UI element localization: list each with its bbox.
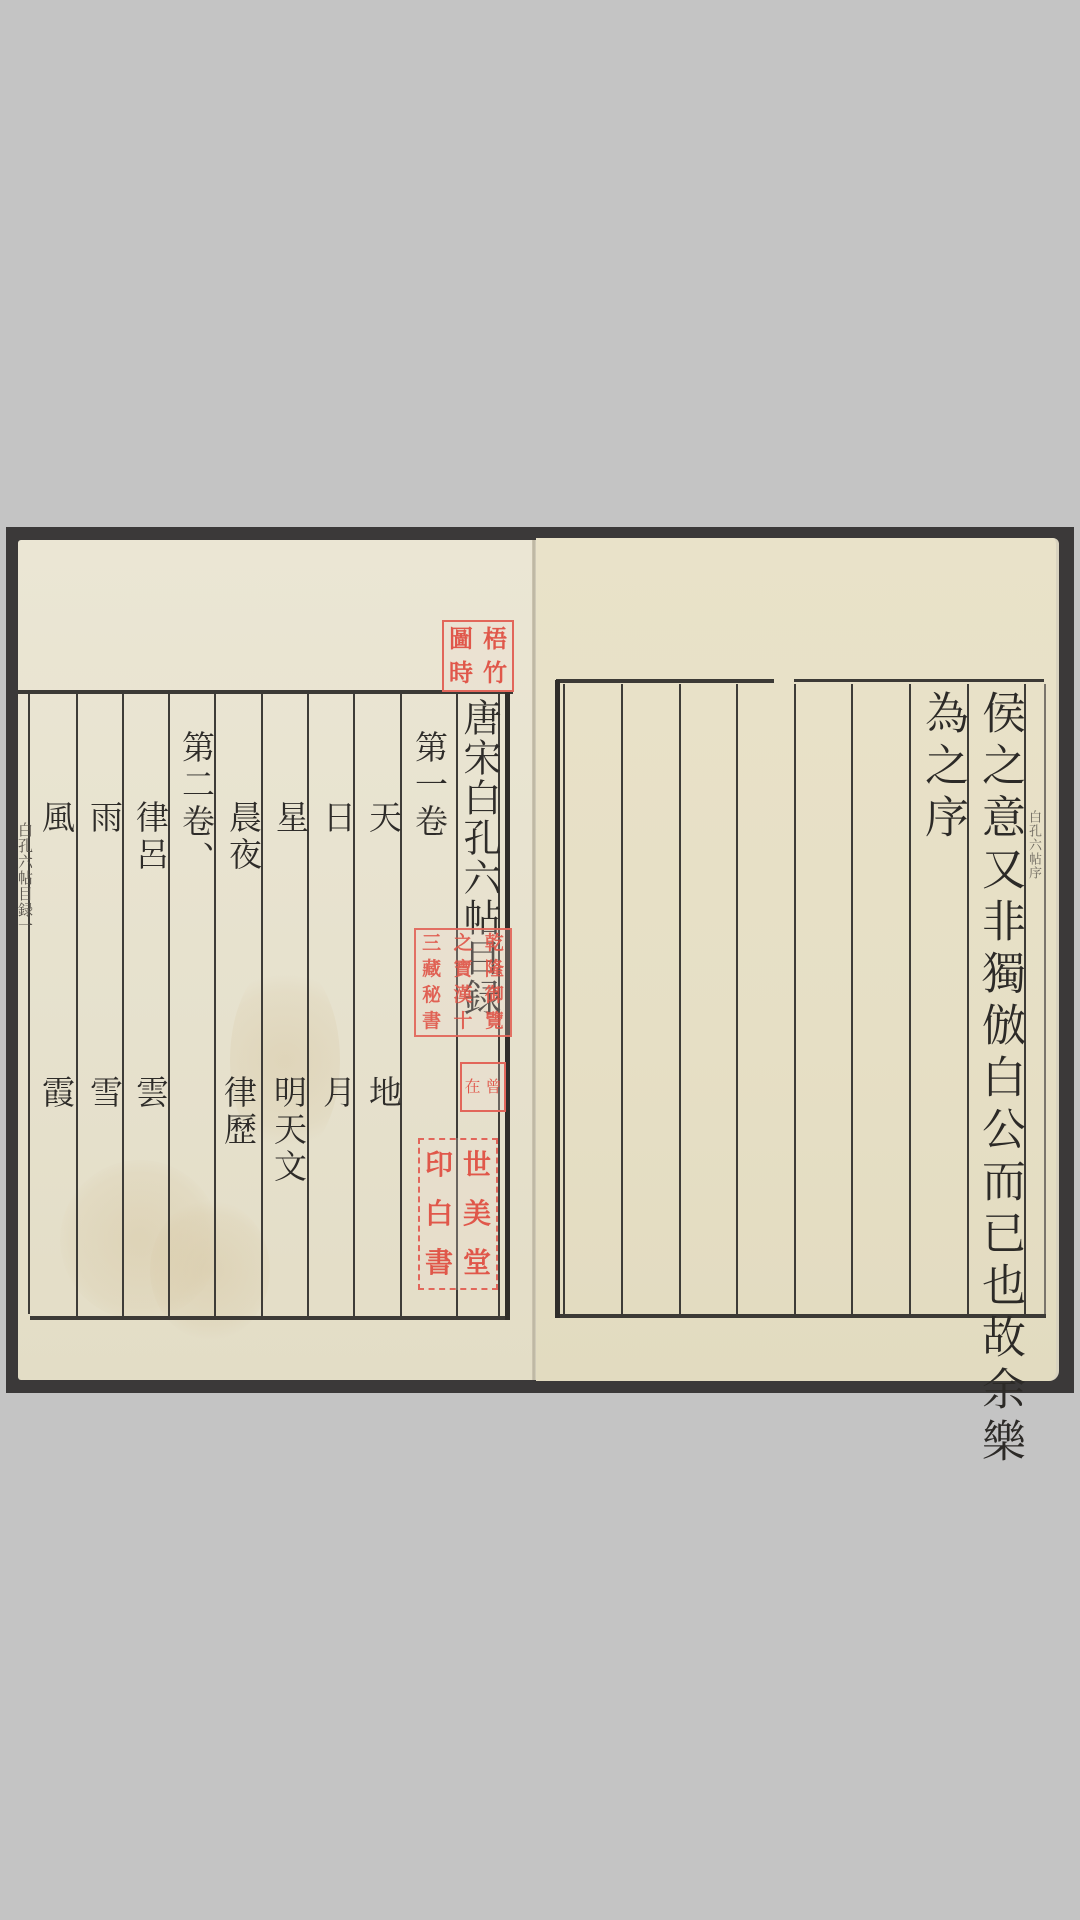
seal-char: 世 (458, 1140, 496, 1189)
column-rule (794, 684, 796, 1314)
column-rule (679, 684, 681, 1316)
seal-char: 秘 (416, 983, 447, 1009)
column-rule (563, 684, 565, 1314)
seal-char: 寶 (447, 956, 478, 982)
toc-entry: 地 (367, 1075, 400, 1112)
seal-char: 時 (444, 656, 478, 690)
column-rule (909, 684, 911, 1314)
toc-entry: 月 (321, 1075, 354, 1112)
seal-char: 乾 (479, 930, 510, 956)
preface-text-column: 為之序 (920, 690, 964, 846)
seal-char: 印 (420, 1140, 458, 1189)
left-frame-bottom (30, 1316, 510, 1320)
right-frame-bottom (556, 1314, 1046, 1318)
seal-char: 美 (458, 1189, 496, 1238)
fore-edge-label: 白孔六帖序 (1027, 810, 1040, 880)
column-rule (353, 694, 355, 1316)
seal-char: 覽 (479, 1009, 510, 1035)
column-rule (168, 694, 170, 1316)
toc-entry: 天 (367, 800, 400, 837)
right-frame-left-border (555, 680, 560, 1318)
seal-char: 書 (416, 1009, 447, 1035)
column-rule (400, 694, 402, 1316)
column-rule (261, 694, 263, 1316)
seal-char: 漢 (447, 983, 478, 1009)
bottom-seal: 印 世 白 美 書 堂 (418, 1138, 498, 1290)
column-rule (1044, 684, 1046, 1314)
column-rule (307, 694, 309, 1316)
small-seal: 在 曾 (460, 1062, 506, 1112)
seal-char: 在 (462, 1064, 483, 1110)
seal-char: 竹 (478, 656, 512, 690)
seal-char: 十 (447, 1009, 478, 1035)
fore-edge-label: 白孔六帖目録一 (17, 822, 32, 934)
preface-text-column: 侯之意又非獨倣白公而已也故余樂 (977, 690, 1021, 1470)
left-frame-top (18, 690, 513, 694)
seal-char: 白 (420, 1189, 458, 1238)
collection-seal: 三 之 乾 藏 寶 隆 秘 漢 御 書 十 覽 (414, 928, 512, 1037)
toc-entry: 律歷 (222, 1075, 255, 1149)
seal-char: 隆 (479, 956, 510, 982)
column-rule (736, 684, 738, 1314)
toc-entry: 霞 (40, 1075, 73, 1112)
toc-entry: 雨 (88, 800, 121, 837)
column-rule (28, 694, 30, 1314)
volume-heading-2: 第二卷、 (180, 730, 213, 878)
toc-entry: 雲 (134, 1075, 167, 1112)
right-frame-top (794, 679, 1044, 682)
seal-char: 書 (420, 1239, 458, 1288)
seal-char: 御 (479, 983, 510, 1009)
seal-char: 圖 (444, 622, 478, 656)
column-rule (122, 694, 124, 1316)
toc-entry: 明天文 (272, 1075, 305, 1186)
seal-char: 三 (416, 930, 447, 956)
toc-entry: 風 (40, 800, 73, 837)
toc-entry: 雪 (88, 1075, 121, 1112)
toc-entry: 晨夜 (227, 800, 260, 874)
column-rule (76, 694, 78, 1316)
seal-char: 藏 (416, 956, 447, 982)
column-rule (851, 684, 853, 1314)
toc-entry: 星 (274, 800, 307, 837)
column-rule (621, 684, 623, 1314)
seal-char: 梧 (478, 622, 512, 656)
toc-entry: 律呂 (134, 800, 167, 874)
seal-char: 堂 (458, 1239, 496, 1288)
volume-heading-1: 第一卷 (413, 730, 446, 841)
seal-char: 曾 (483, 1064, 504, 1110)
top-seal: 圖 梧 時 竹 (442, 620, 514, 692)
toc-entry: 日 (321, 800, 354, 837)
right-frame-top (556, 679, 774, 683)
seal-char: 之 (447, 930, 478, 956)
